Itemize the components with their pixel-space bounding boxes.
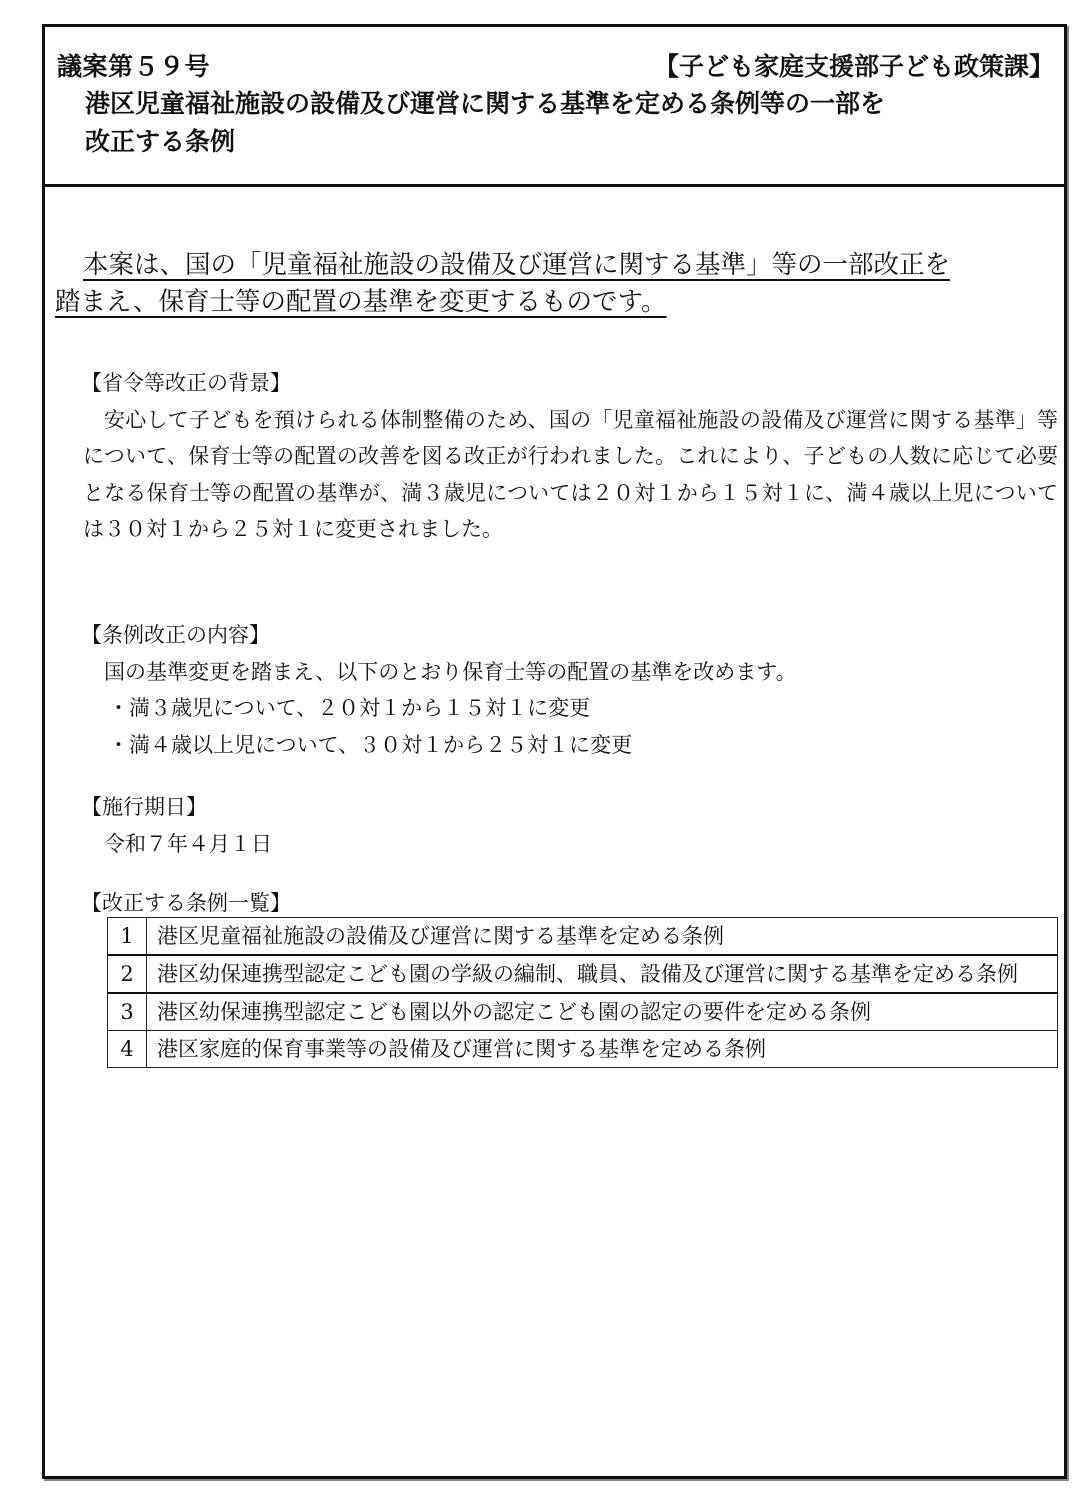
table-row: 4 港区家庭的保育事業等の設備及び運営に関する基準を定める条例 [108,1031,1058,1068]
section-effective-date: 【施行期日】 令和７年４月１日 [83,789,1058,862]
section-ordinance-content: 【条例改正の内容】 国の基準変更を踏まえ、以下のとおり保育士等の配置の基準を改め… [83,617,1058,763]
table-row: 3 港区幼保連携型認定こども園以外の認定こども園の認定の要件を定める条例 [108,993,1058,1031]
document-frame: 議案第５９号 【子ども家庭支援部子ども政策課】 港区児童福祉施設の設備及び運営に… [42,24,1067,1479]
bill-title-line-1: 港区児童福祉施設の設備及び運営に関する基準を定める条例等の一部を [85,85,1025,123]
document-header: 議案第５９号 【子ども家庭支援部子ども政策課】 港区児童福祉施設の設備及び運営に… [45,27,1064,187]
ordinance-number: 4 [108,1031,147,1068]
content-intro: 国の基準変更を踏まえ、以下のとおり保育士等の配置の基準を改めます。 [83,654,1058,691]
ordinance-number: 2 [108,955,147,993]
bill-title: 港区児童福祉施設の設備及び運営に関する基準を定める条例等の一部を 改正する条例 [85,85,1025,161]
content-bullet-1: ・満３歳児について、２０対１から１５対１に変更 [83,690,1058,727]
summary-statement: 本案は、国の「児童福祉施設の設備及び運営に関する基準」等の一部改正を 踏まえ、保… [55,247,1055,321]
ordinance-name: 港区幼保連携型認定こども園の学級の編制、職員、設備及び運営に関する基準を定める条… [147,955,1058,993]
ordinance-number: 1 [108,918,147,956]
bill-title-line-2: 改正する条例 [85,123,1025,161]
table-row: 2 港区幼保連携型認定こども園の学級の編制、職員、設備及び運営に関する基準を定め… [108,955,1058,993]
section-heading-effective-date: 【施行期日】 [81,789,1058,826]
summary-line-2: 踏まえ、保育士等の配置の基準を変更するものです。 [55,284,1055,321]
section-background: 【省令等改正の背景】 安心して子どもを預けられる体制整備のため、国の「児童福祉施… [83,365,1058,548]
ordinance-name: 港区児童福祉施設の設備及び運営に関する基準を定める条例 [147,918,1058,956]
summary-line-1: 本案は、国の「児童福祉施設の設備及び運営に関する基準」等の一部改正を [55,247,1055,284]
ordinance-table: 1 港区児童福祉施設の設備及び運営に関する基準を定める条例 2 港区幼保連携型認… [107,917,1058,1068]
ordinance-name: 港区幼保連携型認定こども園以外の認定こども園の認定の要件を定める条例 [147,993,1058,1031]
department-label: 【子ども家庭支援部子ども政策課】 [654,47,1054,83]
bill-number: 議案第５９号 [57,47,210,83]
section-heading-content: 【条例改正の内容】 [81,617,1058,654]
background-paragraph: 安心して子どもを預けられる体制整備のため、国の「児童福祉施設の設備及び運営に関す… [83,402,1058,548]
section-heading-background: 【省令等改正の背景】 [81,365,1058,402]
ordinance-name: 港区家庭的保育事業等の設備及び運営に関する基準を定める条例 [147,1031,1058,1068]
content-bullet-2: ・満４歳以上児について、３０対１から２５対１に変更 [83,727,1058,764]
effective-date-value: 令和７年４月１日 [83,826,1058,863]
table-row: 1 港区児童福祉施設の設備及び運営に関する基準を定める条例 [108,918,1058,956]
ordinance-number: 3 [108,993,147,1031]
